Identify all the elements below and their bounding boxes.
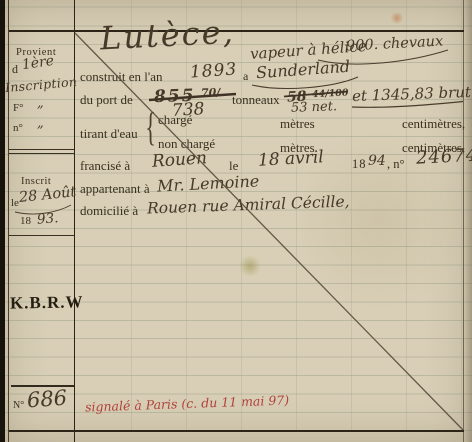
- diagonal-cancel-line: [75, 33, 463, 430]
- gross-tonnage-underline: [352, 102, 463, 108]
- inscrit-date-flourish: [15, 205, 71, 214]
- tonnage-strikethrough: [149, 94, 236, 100]
- power-underline-flourish: [318, 50, 448, 64]
- net-tonnage-strikethrough: [284, 92, 348, 97]
- sunderland-underline-flourish: [252, 77, 358, 88]
- ink-strokes-overlay: [0, 0, 472, 442]
- ledger-page: Provient d 1ère Inscription F° „ n° „ In…: [0, 0, 472, 442]
